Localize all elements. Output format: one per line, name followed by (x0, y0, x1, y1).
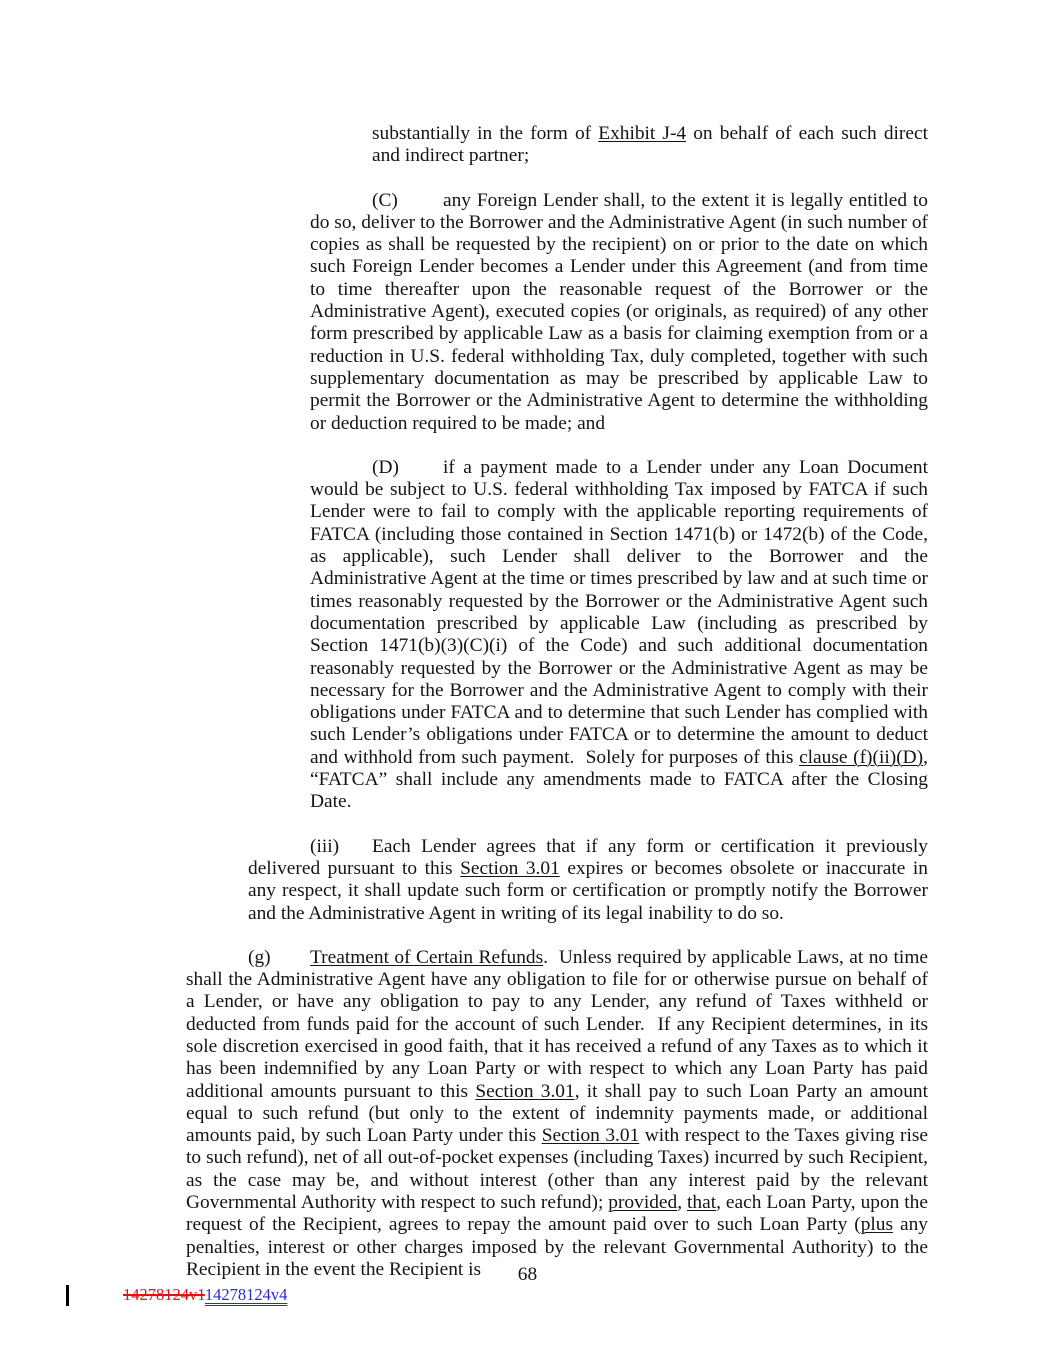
document-body: substantially in the form of Exhibit J-4… (186, 123, 928, 1303)
underlined-reference: Exhibit J-4 (598, 123, 686, 144)
paragraph-label: (g) (248, 947, 310, 969)
paragraph-g: (g)Treatment of Certain Refunds. Unless … (186, 947, 928, 1281)
paragraph-C: (C)any Foreign Lender shall, to the exte… (310, 190, 928, 435)
text-run: . Unless required by applicable Laws, at… (186, 947, 928, 1102)
underlined-reference: clause (f)(ii)(D) (799, 747, 923, 768)
underlined-reference: provided (608, 1192, 677, 1213)
underlined-reference: Section 3.01 (542, 1125, 640, 1146)
underlined-reference: Section 3.01 (475, 1081, 574, 1102)
paragraph-label: (D) (372, 457, 443, 479)
text-run: substantially in the form of (372, 123, 598, 144)
page-number: 68 (0, 1264, 1055, 1286)
text-run: , (677, 1192, 687, 1213)
footer-doc-ids: 14278124v114278124v4 (123, 1284, 287, 1305)
underlined-reference: Treatment of Certain Refunds (310, 947, 543, 968)
underlined-reference: Section 3.01 (460, 858, 560, 879)
paragraph-iii: (iii)Each Lender agrees that if any form… (248, 836, 928, 925)
paragraph-label: (C) (372, 190, 443, 212)
deleted-doc-id: 14278124v1 (123, 1285, 205, 1304)
document-page: substantially in the form of Exhibit J-4… (0, 0, 1055, 1365)
paragraph-label: (iii) (310, 836, 372, 858)
text-run: any Foreign Lender shall, to the extent … (310, 190, 928, 434)
paragraph-D: (D)if a payment made to a Lender under a… (310, 457, 928, 814)
text-run: if a payment made to a Lender under any … (310, 457, 928, 768)
underlined-reference: plus (861, 1214, 893, 1235)
underlined-reference: that (687, 1192, 716, 1213)
inserted-doc-id: 14278124v4 (205, 1285, 288, 1304)
paragraph-continuation: substantially in the form of Exhibit J-4… (372, 123, 928, 168)
change-bar (66, 1285, 69, 1306)
